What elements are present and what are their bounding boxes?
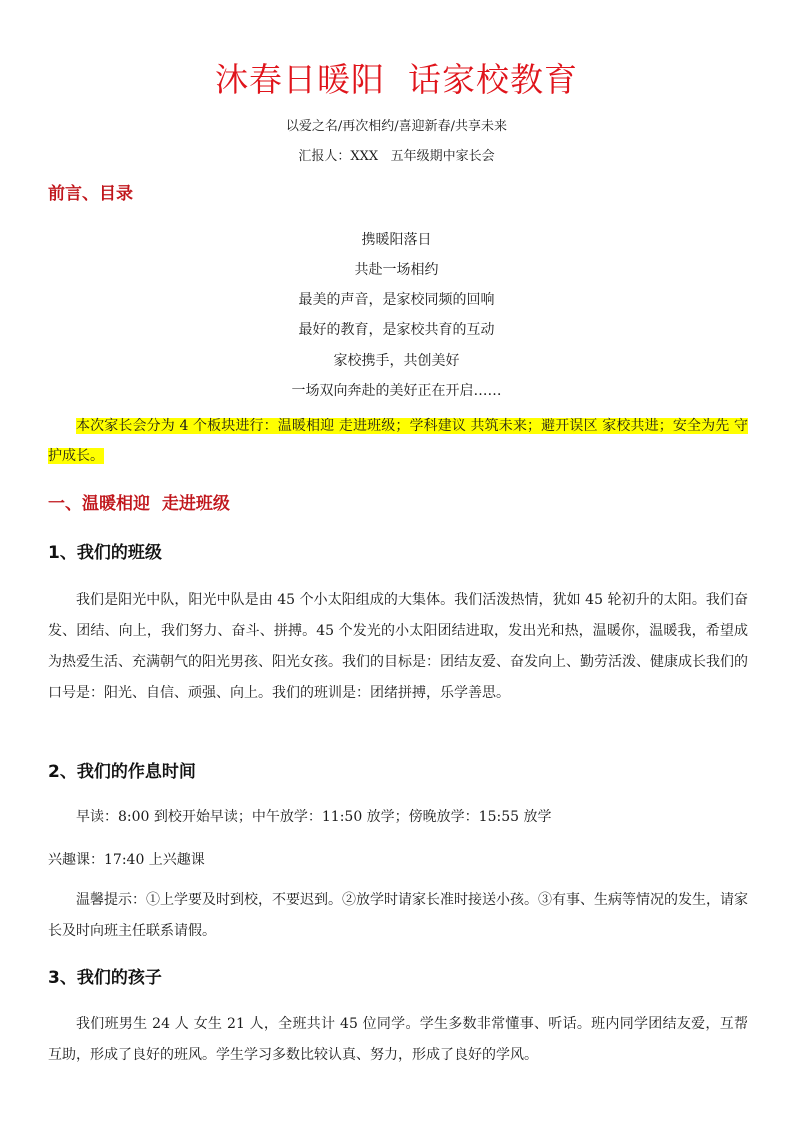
agenda-paragraph: 本次家长会分为 4 个板块进行：温暖相迎 走进班级；学科建议 共筑未来；避开误区… — [48, 411, 748, 471]
agenda-highlight: 本次家长会分为 4 个板块进行：温暖相迎 走进班级；学科建议 共筑未来；避开误区… — [48, 418, 748, 464]
poem-line: 共赴一场相约 — [0, 260, 793, 280]
poem-line: 携暖阳落日 — [0, 230, 793, 250]
subsection-heading-schedule: 2、我们的作息时间 — [48, 760, 196, 784]
schedule-paragraph: 早读：8:00 到校开始早读；中午放学：11:50 放学；傍晚放学：15:55 … — [48, 802, 748, 833]
class-intro-paragraph: 我们是阳光中队，阳光中队是由 45 个小太阳组成的大集体。我们活泼热情，犹如 4… — [48, 585, 748, 709]
reporter-line: 汇报人：XXX 五年级期中家长会 — [0, 147, 793, 167]
interest-class-paragraph: 兴趣课：17:40 上兴趣课 — [48, 845, 748, 876]
document-page: 沐春日暖阳 话家校教育 以爱之名/再次相约/喜迎新春/共享未来 汇报人：XXX … — [0, 0, 793, 1122]
document-tagline: 以爱之名/再次相约/喜迎新春/共享未来 — [0, 117, 793, 137]
poem-line: 家校携手，共创美好 — [0, 351, 793, 371]
reminder-paragraph: 温馨提示：①上学要及时到校，不要迟到。②放学时请家长准时接送小孩。③有事、生病等… — [48, 885, 748, 947]
preface-heading: 前言、目录 — [48, 182, 133, 206]
subsection-heading-children: 3、我们的孩子 — [48, 966, 162, 990]
section1-heading: 一、温暖相迎 走进班级 — [48, 492, 230, 516]
document-title: 沐春日暖阳 话家校教育 — [0, 58, 793, 102]
subsection-heading-class: 1、我们的班级 — [48, 541, 162, 565]
poem-line: 最美的声音，是家校同频的回响 — [0, 290, 793, 310]
poem-line: 一场双向奔赴的美好正在开启…… — [0, 381, 793, 401]
poem-line: 最好的教育，是家校共育的互动 — [0, 320, 793, 340]
children-paragraph: 我们班男生 24 人 女生 21 人，全班共计 45 位同学。学生多数非常懂事、… — [48, 1009, 748, 1071]
